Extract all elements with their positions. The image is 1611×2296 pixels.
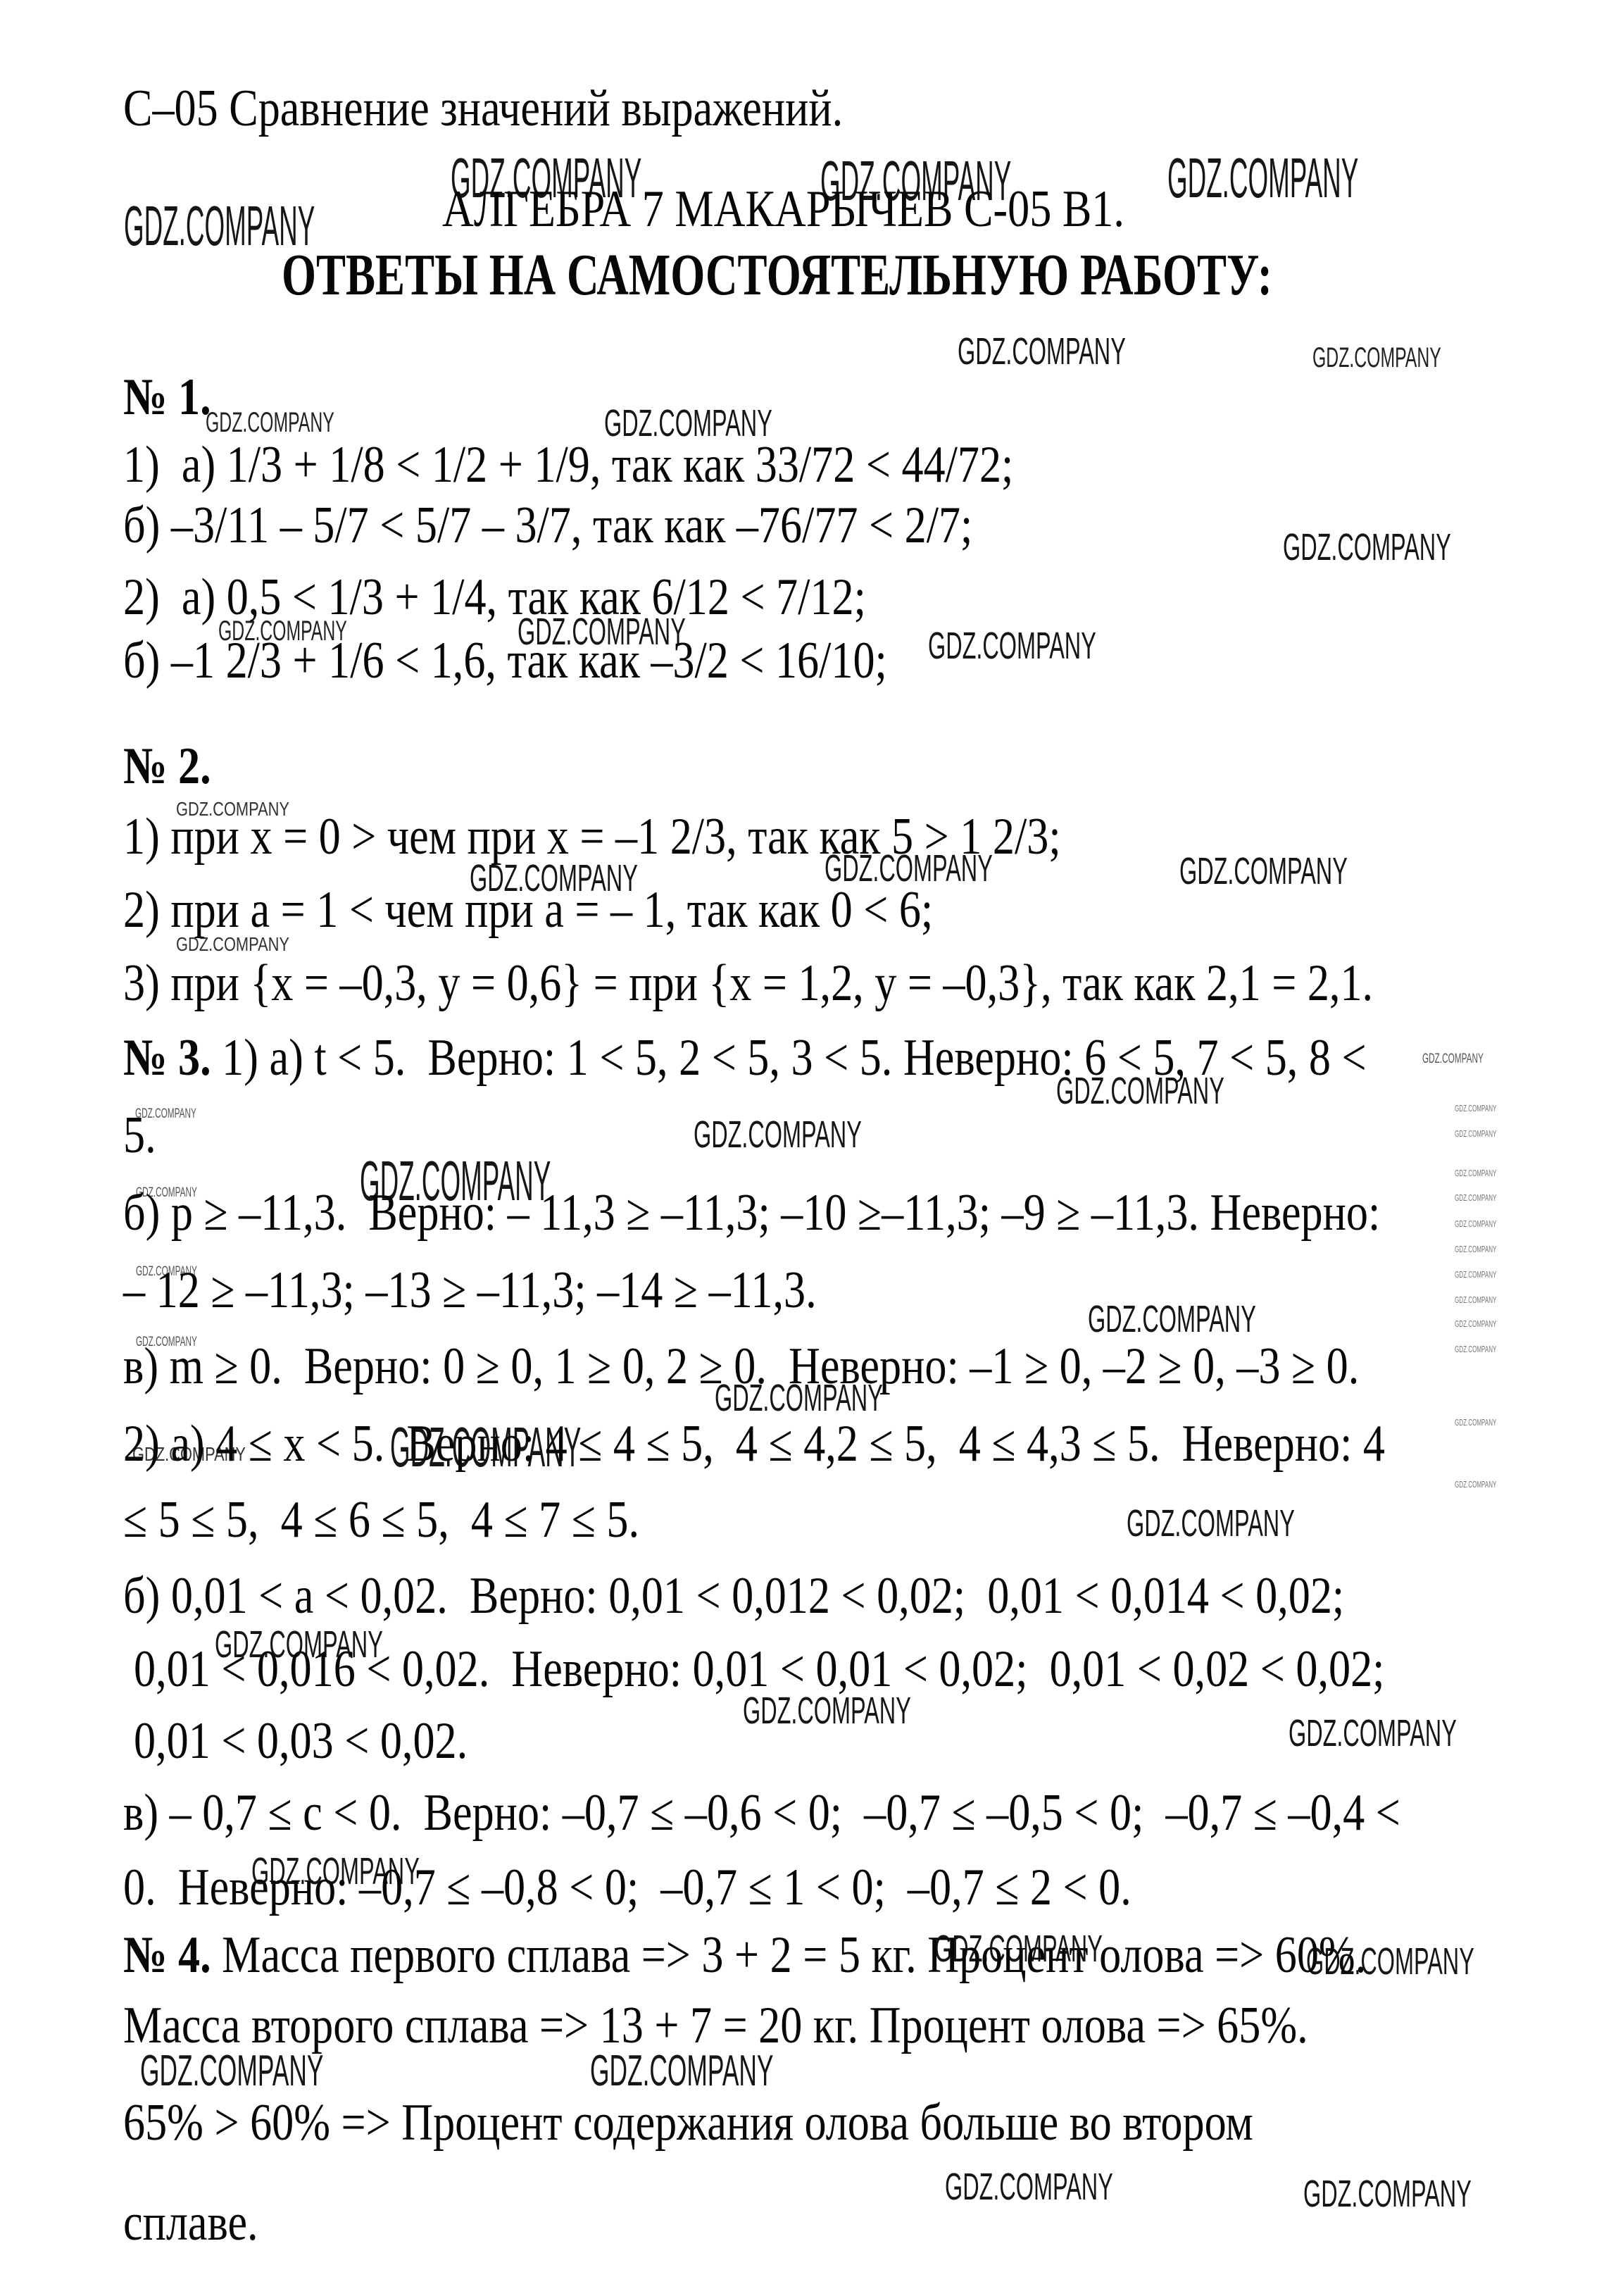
gdz-company-watermark: GDZ.COMPANY bbox=[1455, 1244, 1496, 1254]
text-line-14: в) m ≥ 0. Верно: 0 ≥ 0, 1 ≥ 0, 2 ≥ 0. Не… bbox=[123, 1340, 1359, 1392]
text-line-24: 65% > 60% => Процент содержания олова бо… bbox=[123, 2097, 1253, 2149]
gdz-company-watermark: GDZ.COMPANY bbox=[1179, 852, 1348, 890]
gdz-company-watermark: GDZ.COMPANY bbox=[1127, 1504, 1295, 1542]
gdz-company-watermark: GDZ.COMPANY bbox=[1455, 1418, 1496, 1427]
document-page: GDZ.COMPANYGDZ.COMPANYGDZ.COMPANYGDZ.COM… bbox=[0, 0, 1611, 2296]
text-line-21: 0. Неверно: –0,7 ≤ –0,8 < 0; –0,7 ≤ 1 < … bbox=[123, 1861, 1132, 1914]
gdz-company-watermark: GDZ.COMPANY bbox=[1289, 1714, 1457, 1752]
text-line-2: 1) а) 1/3 + 1/8 < 1/2 + 1/9, так как 33/… bbox=[123, 439, 1013, 491]
text-line-8: 2) при а = 1 < чем при а = – 1, так как … bbox=[123, 884, 933, 936]
answers-heading: ОТВЕТЫ НА САМОСТОЯТЕЛЬНУЮ РАБОТУ: bbox=[282, 246, 1272, 305]
gdz-company-watermark: GDZ.COMPANY bbox=[1088, 1300, 1256, 1338]
gdz-company-watermark: GDZ.COMPANY bbox=[1283, 528, 1451, 566]
text-line-12: б) р ≥ –11,3. Верно: – 11,3 ≥ –11,3; –10… bbox=[123, 1187, 1380, 1239]
text-line-13: – 12 ≥ –11,3; –13 ≥ –11,3; –14 ≥ –11,3. bbox=[123, 1264, 817, 1316]
text-line-19: 0,01 < 0,03 < 0,02. bbox=[134, 1715, 468, 1767]
line-number-label: № 4. bbox=[123, 1926, 211, 1984]
text-line-4: 2) а) 0,5 < 1/3 + 1/4, так как 6/12 < 7/… bbox=[123, 571, 866, 623]
text-line-5: б) –1 2/3 + 1/6 < 1,6, так как –3/2 < 16… bbox=[123, 635, 887, 687]
text-line-15: 2) а) 4 ≤ х < 5. Верно: 4 ≤ 4 ≤ 5, 4 ≤ 4… bbox=[123, 1418, 1385, 1470]
gdz-company-watermark: GDZ.COMPANY bbox=[1303, 2175, 1472, 2213]
gdz-company-watermark: GDZ.COMPANY bbox=[1455, 1168, 1496, 1178]
text-line-20: в) – 0,7 ≤ с < 0. Верно: –0,7 ≤ –0,6 < 0… bbox=[123, 1787, 1400, 1839]
gdz-company-watermark: GDZ.COMPANY bbox=[1455, 1219, 1496, 1228]
text-line-18: 0,01 < 0,016 < 0,02. Неверно: 0,01 < 0,0… bbox=[134, 1643, 1384, 1695]
gdz-company-watermark: GDZ.COMPANY bbox=[590, 2049, 773, 2093]
text-line-9: 3) при {х = –0,3, у = 0,6} = при {х = 1,… bbox=[123, 957, 1373, 1009]
text-line-7: 1) при х = 0 > чем при х = –1 2/3, так к… bbox=[123, 811, 1061, 863]
text-line-6: № 2. bbox=[123, 740, 211, 792]
text-line-22: № 4. Масса первого сплава => 3 + 2 = 5 к… bbox=[123, 1929, 1366, 1981]
gdz-company-watermark: GDZ.COMPANY bbox=[1455, 1344, 1496, 1354]
text-line-3: б) –3/11 – 5/7 < 5/7 – 3/7, так как –76/… bbox=[123, 499, 972, 551]
page-title: С–05 Сравнение значений выражений. bbox=[123, 82, 843, 135]
text-line-11: 5. bbox=[123, 1109, 156, 1161]
gdz-company-watermark: GDZ.COMPANY bbox=[928, 627, 1096, 665]
text-line-17: б) 0,01 < а < 0,02. Верно: 0,01 < 0,012 … bbox=[123, 1570, 1344, 1622]
gdz-company-watermark: GDZ.COMPANY bbox=[1422, 1052, 1484, 1066]
gdz-company-watermark: GDZ.COMPANY bbox=[958, 332, 1126, 370]
gdz-company-watermark: GDZ.COMPANY bbox=[140, 2049, 323, 2093]
line-number-label: № 3. bbox=[123, 1029, 211, 1087]
gdz-company-watermark: GDZ.COMPANY bbox=[1312, 344, 1441, 372]
gdz-company-watermark: GDZ.COMPANY bbox=[206, 408, 334, 437]
gdz-company-watermark: GDZ.COMPANY bbox=[945, 2168, 1113, 2206]
gdz-company-watermark: GDZ.COMPANY bbox=[1455, 1129, 1496, 1138]
gdz-company-watermark: GDZ.COMPANY bbox=[1455, 1480, 1496, 1489]
text-line-1: № 1. bbox=[123, 371, 211, 423]
gdz-company-watermark: GDZ.COMPANY bbox=[1455, 1104, 1496, 1113]
gdz-company-watermark: GDZ.COMPANY bbox=[1167, 150, 1358, 206]
subtitle: АЛГЕБРА 7 МАКАРЫЧЕВ С-05 В1. bbox=[442, 183, 1124, 235]
gdz-company-watermark: GDZ.COMPANY bbox=[1455, 1270, 1496, 1279]
text-line-25: сплаве. bbox=[123, 2197, 258, 2249]
text-line-10: № 3. 1) а) t < 5. Верно: 1 < 5, 2 < 5, 3… bbox=[123, 1032, 1367, 1084]
gdz-company-watermark: GDZ.COMPANY bbox=[1455, 1295, 1496, 1304]
gdz-company-watermark: GDZ.COMPANY bbox=[1455, 1319, 1496, 1328]
text-line-16: ≤ 5 ≤ 5, 4 ≤ 6 ≤ 5, 4 ≤ 7 ≤ 5. bbox=[123, 1494, 639, 1546]
text-line-23: Масса второго сплава => 13 + 7 = 20 кг. … bbox=[123, 1999, 1308, 2052]
gdz-company-watermark: GDZ.COMPANY bbox=[1455, 1193, 1496, 1202]
gdz-company-watermark: GDZ.COMPANY bbox=[694, 1116, 862, 1154]
